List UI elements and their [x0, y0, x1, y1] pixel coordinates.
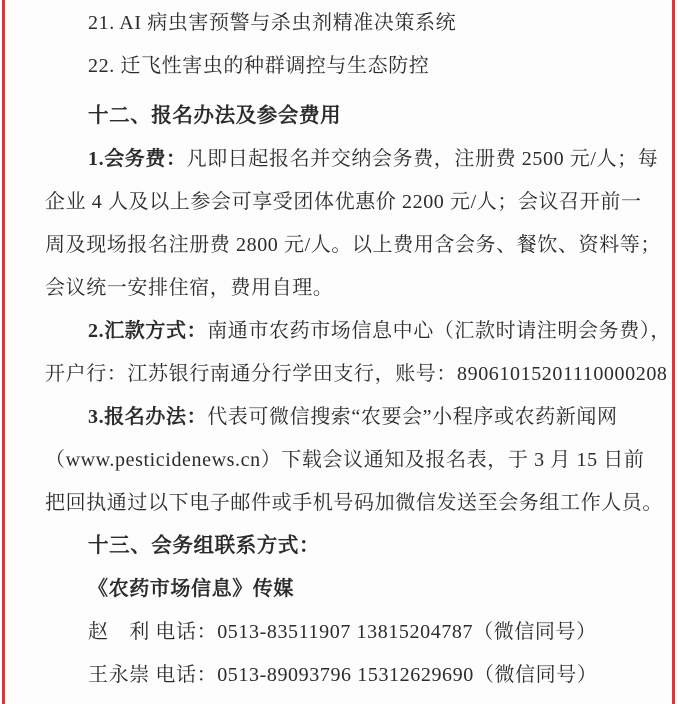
fee-paragraph-line-1: 1.会务费：凡即日起报名并交纳会务费，注册费 2500 元/人；每 — [45, 138, 640, 181]
list-item-21: 21. AI 病虫害预警与杀虫剂精准决策系统 — [45, 2, 640, 45]
fee-paragraph-line-2: 企业 4 人及以上参会可享受团体优惠价 2200 元/人；会议召开前一 — [45, 181, 640, 224]
media-name: 《农药市场信息》传媒 — [45, 568, 640, 611]
fee-line-1-text: 凡即日起报名并交纳会务费，注册费 2500 元/人；每 — [187, 148, 659, 170]
document-page: 21. AI 病虫害预警与杀虫剂精准决策系统 22. 迁飞性害虫的种群调控与生态… — [0, 0, 678, 704]
page-border-right — [672, 0, 675, 704]
register-label: 3.报名办法： — [88, 406, 207, 428]
fee-paragraph-line-3: 周及现场报名注册费 2800 元/人。以上费用含会务、餐饮、资料等； — [45, 224, 640, 267]
register-paragraph-line-1: 3.报名办法：代表可微信搜索“农要会”小程序或农药新闻网 — [45, 396, 640, 439]
register-line-1-text: 代表可微信搜索“农要会”小程序或农药新闻网 — [207, 406, 617, 428]
fee-label: 1.会务费： — [88, 148, 187, 170]
section-12-heading: 十二、报名办法及参会费用 — [45, 95, 640, 138]
payment-line-1-text: 南通市农药市场信息中心（汇款时请注明会务费）， — [207, 320, 671, 342]
payment-label: 2.汇款方式： — [88, 320, 207, 342]
page-border-left — [2, 0, 5, 704]
register-paragraph-line-2: （www.pesticidenews.cn）下载会议通知及报名表，于 3 月 1… — [45, 439, 640, 482]
payment-paragraph-line-2: 开户行：江苏银行南通分行学田支行，账号：89061015201110000208 — [45, 353, 640, 396]
fee-paragraph-line-4: 会议统一安排住宿，费用自理。 — [45, 267, 640, 310]
section-13-heading: 十三、会务组联系方式： — [45, 525, 640, 568]
list-item-22: 22. 迁飞性害虫的种群调控与生态防控 — [45, 45, 640, 88]
contact-row-2: 王永崇 电话：0513-89093796 15312629690（微信同号） — [45, 654, 640, 697]
register-paragraph-line-3: 把回执通过以下电子邮件或手机号码加微信发送至会务组工作人员。 — [45, 482, 640, 525]
contact-row-1: 赵 利 电话：0513-83511907 13815204787（微信同号） — [45, 611, 640, 654]
payment-paragraph-line-1: 2.汇款方式：南通市农药市场信息中心（汇款时请注明会务费）， — [45, 310, 640, 353]
document-body: 21. AI 病虫害预警与杀虫剂精准决策系统 22. 迁飞性害虫的种群调控与生态… — [45, 2, 640, 697]
